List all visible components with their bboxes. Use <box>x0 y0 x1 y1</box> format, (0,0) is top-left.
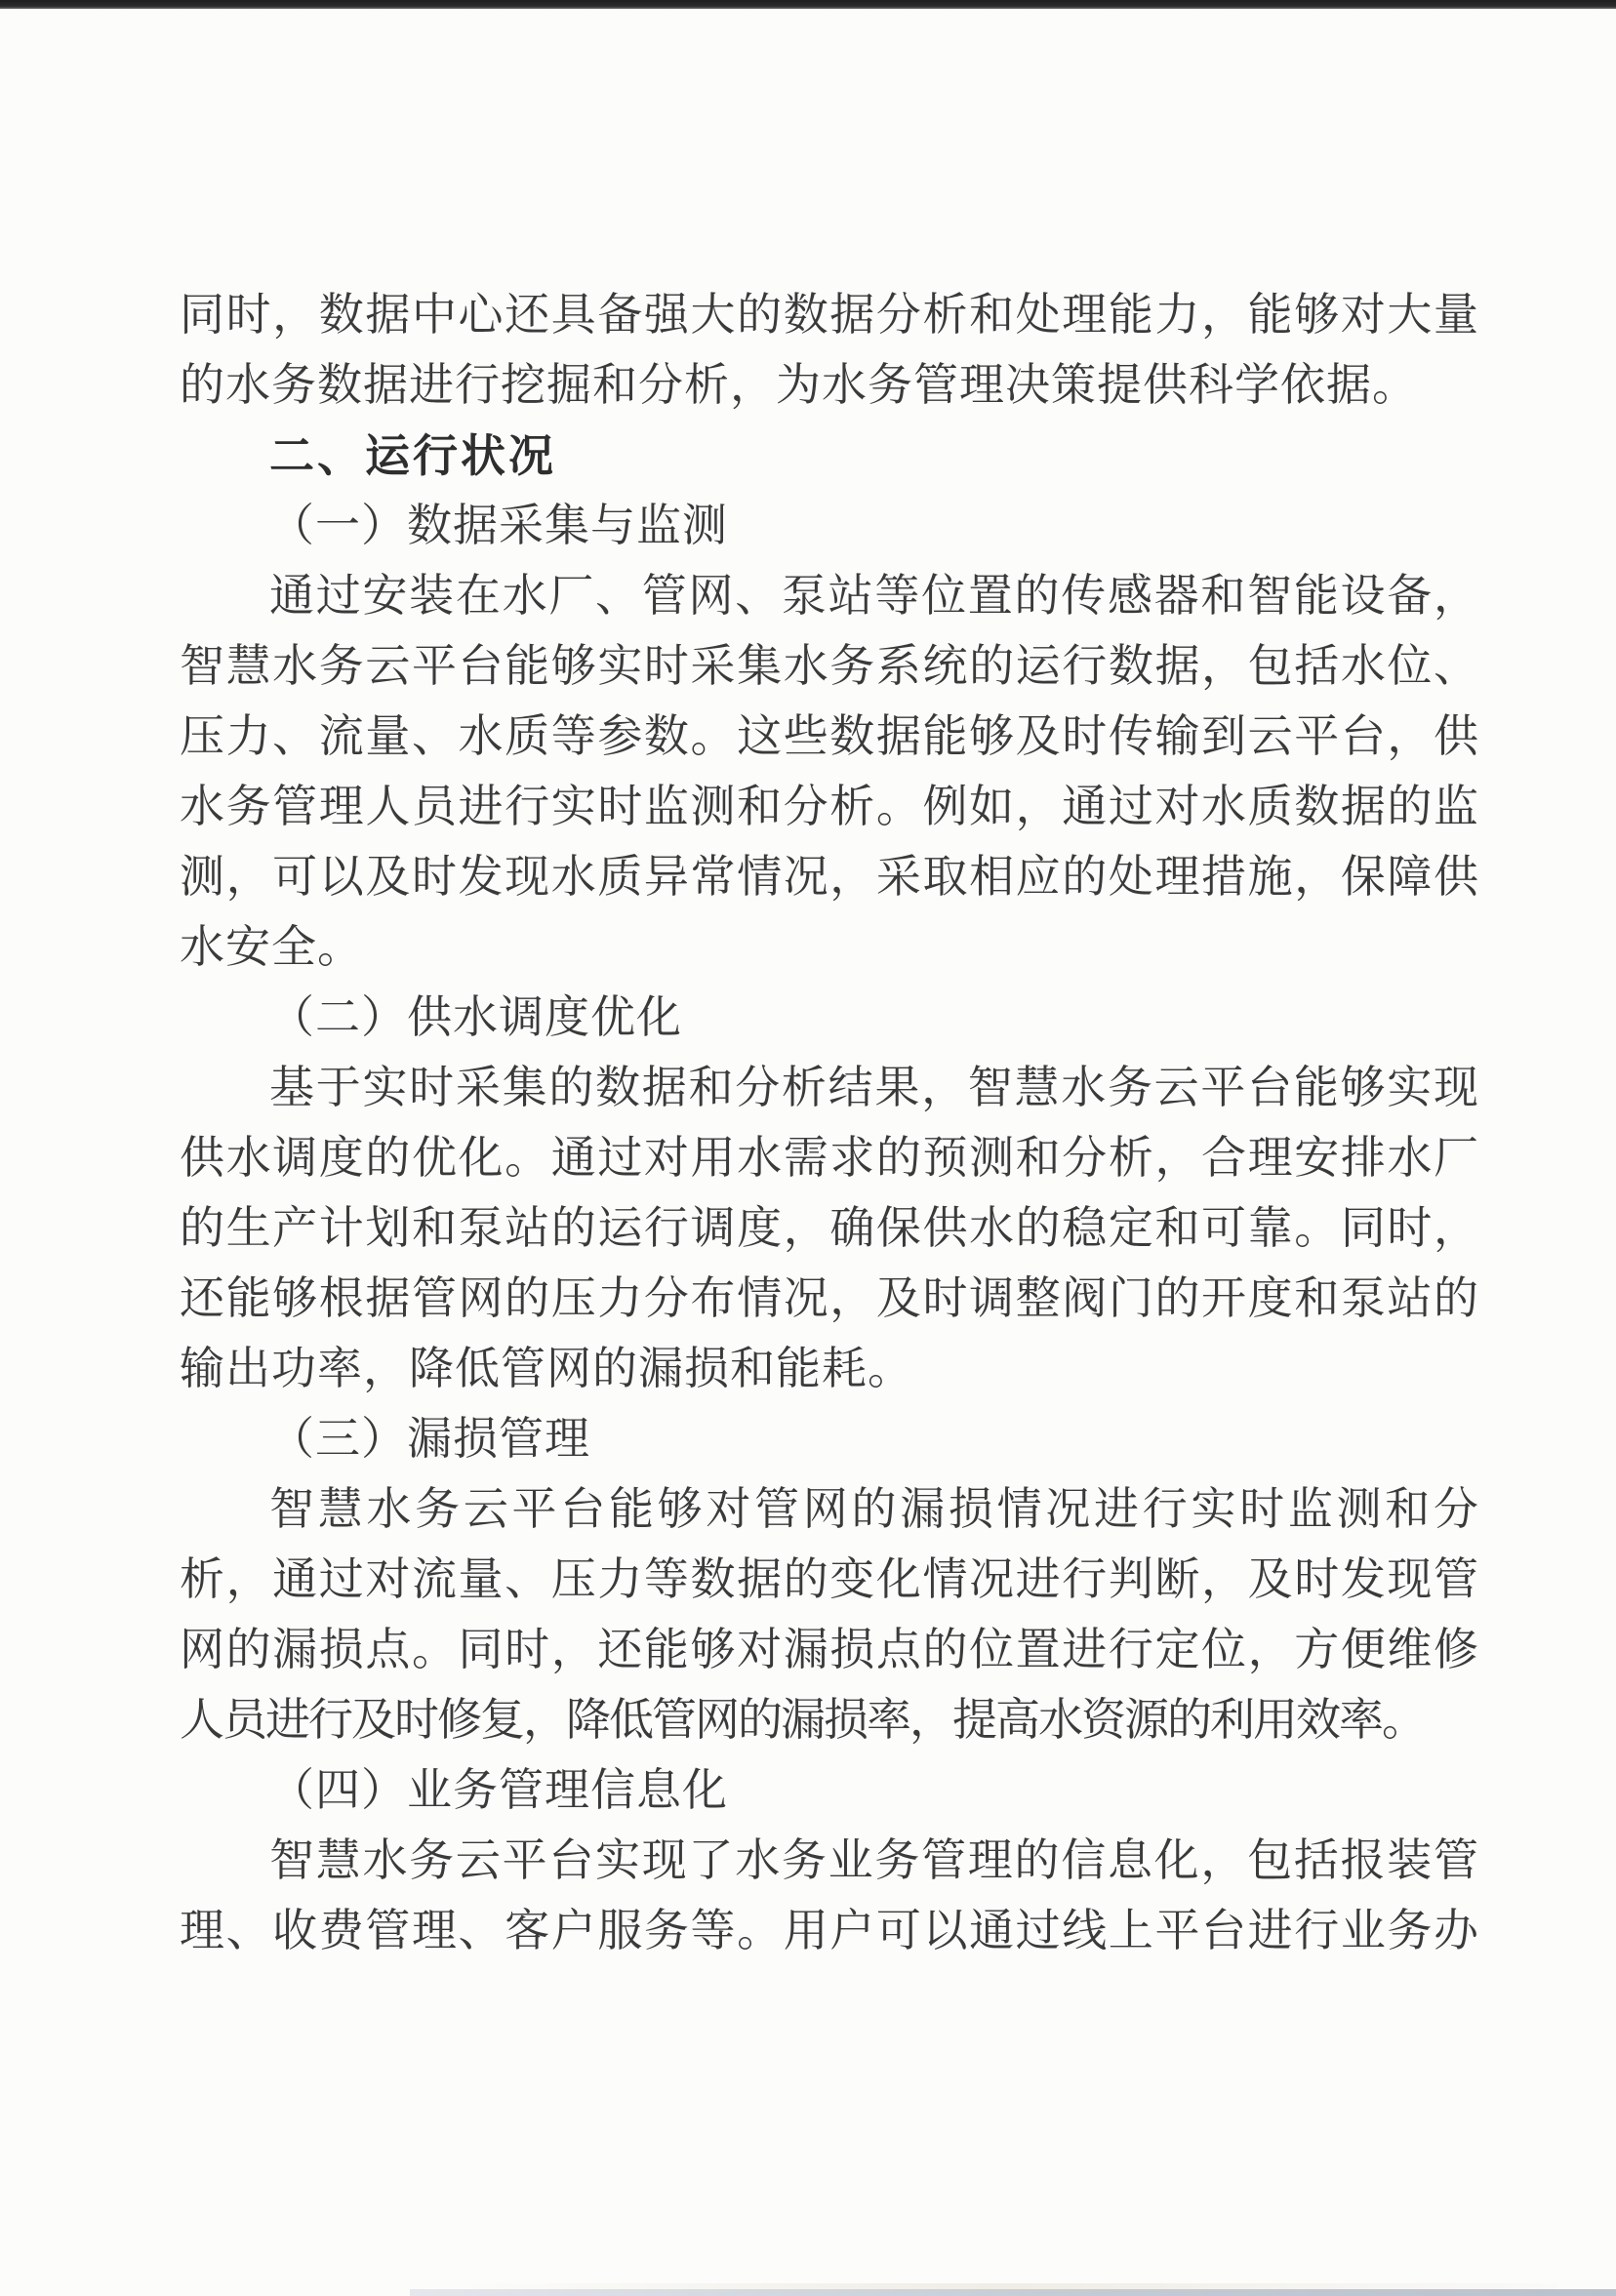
scan-dark-edge-top <box>0 0 1616 9</box>
subsection-heading: （一）数据采集与监测 <box>180 491 1479 561</box>
text-line: 同时，数据中心还具备强大的数据分析和处理能力，能够对大量 <box>180 280 1479 350</box>
paragraph-start-line: 智慧水务云平台能够对管网的漏损情况进行实时监测和分 <box>180 1474 1479 1545</box>
subsection-heading: （二）供水调度优化 <box>180 983 1479 1053</box>
text-line: 还能够根据管网的压力分布情况，及时调整阀门的开度和泵站的 <box>180 1264 1479 1334</box>
paragraph-end-line: 水安全。 <box>180 912 1479 983</box>
text-line: 测，可以及时发现水质异常情况，采取相应的处理措施，保障供 <box>180 842 1479 912</box>
text-line: 供水调度的优化。通过对用水需求的预测和分析，合理安排水厂 <box>180 1123 1479 1193</box>
subsection-heading: （四）业务管理信息化 <box>180 1755 1479 1826</box>
scan-shadow-edge-bottom <box>410 2289 1616 2296</box>
paragraph-end-line: 输出功率，降低管网的漏损和能耗。 <box>180 1334 1479 1404</box>
text-line: 网的漏损点。同时，还能够对漏损点的位置进行定位，方便维修 <box>180 1615 1479 1685</box>
document-page: 同时，数据中心还具备强大的数据分析和处理能力，能够对大量的水务数据进行挖掘和分析… <box>0 0 1616 2296</box>
text-line: 智慧水务云平台能够实时采集水务系统的运行数据，包括水位、 <box>180 631 1479 702</box>
text-line: 压力、流量、水质等参数。这些数据能够及时传输到云平台，供 <box>180 702 1479 772</box>
paragraph-start-line: 基于实时采集的数据和分析结果，智慧水务云平台能够实现 <box>180 1053 1479 1123</box>
text-line: 理、收费管理、客户服务等。用户可以通过线上平台进行业务办 <box>180 1896 1479 1966</box>
paragraph-end-line: 人员进行及时修复，降低管网的漏损率，提高水资源的利用效率。 <box>180 1685 1479 1755</box>
section-heading: 二、运行状况 <box>180 421 1479 491</box>
paragraph-start-line: 通过安装在水厂、管网、泵站等位置的传感器和智能设备， <box>180 561 1479 631</box>
text-line: 析，通过对流量、压力等数据的变化情况进行判断，及时发现管 <box>180 1545 1479 1615</box>
text-line: 的生产计划和泵站的运行调度，确保供水的稳定和可靠。同时， <box>180 1193 1479 1264</box>
paragraph-end-line: 的水务数据进行挖掘和分析，为水务管理决策提供科学依据。 <box>180 350 1479 421</box>
document-body: 同时，数据中心还具备强大的数据分析和处理能力，能够对大量的水务数据进行挖掘和分析… <box>180 280 1479 1966</box>
text-line: 水务管理人员进行实时监测和分析。例如，通过对水质数据的监 <box>180 772 1479 842</box>
subsection-heading: （三）漏损管理 <box>180 1404 1479 1474</box>
paragraph-start-line: 智慧水务云平台实现了水务业务管理的信息化，包括报装管 <box>180 1826 1479 1896</box>
